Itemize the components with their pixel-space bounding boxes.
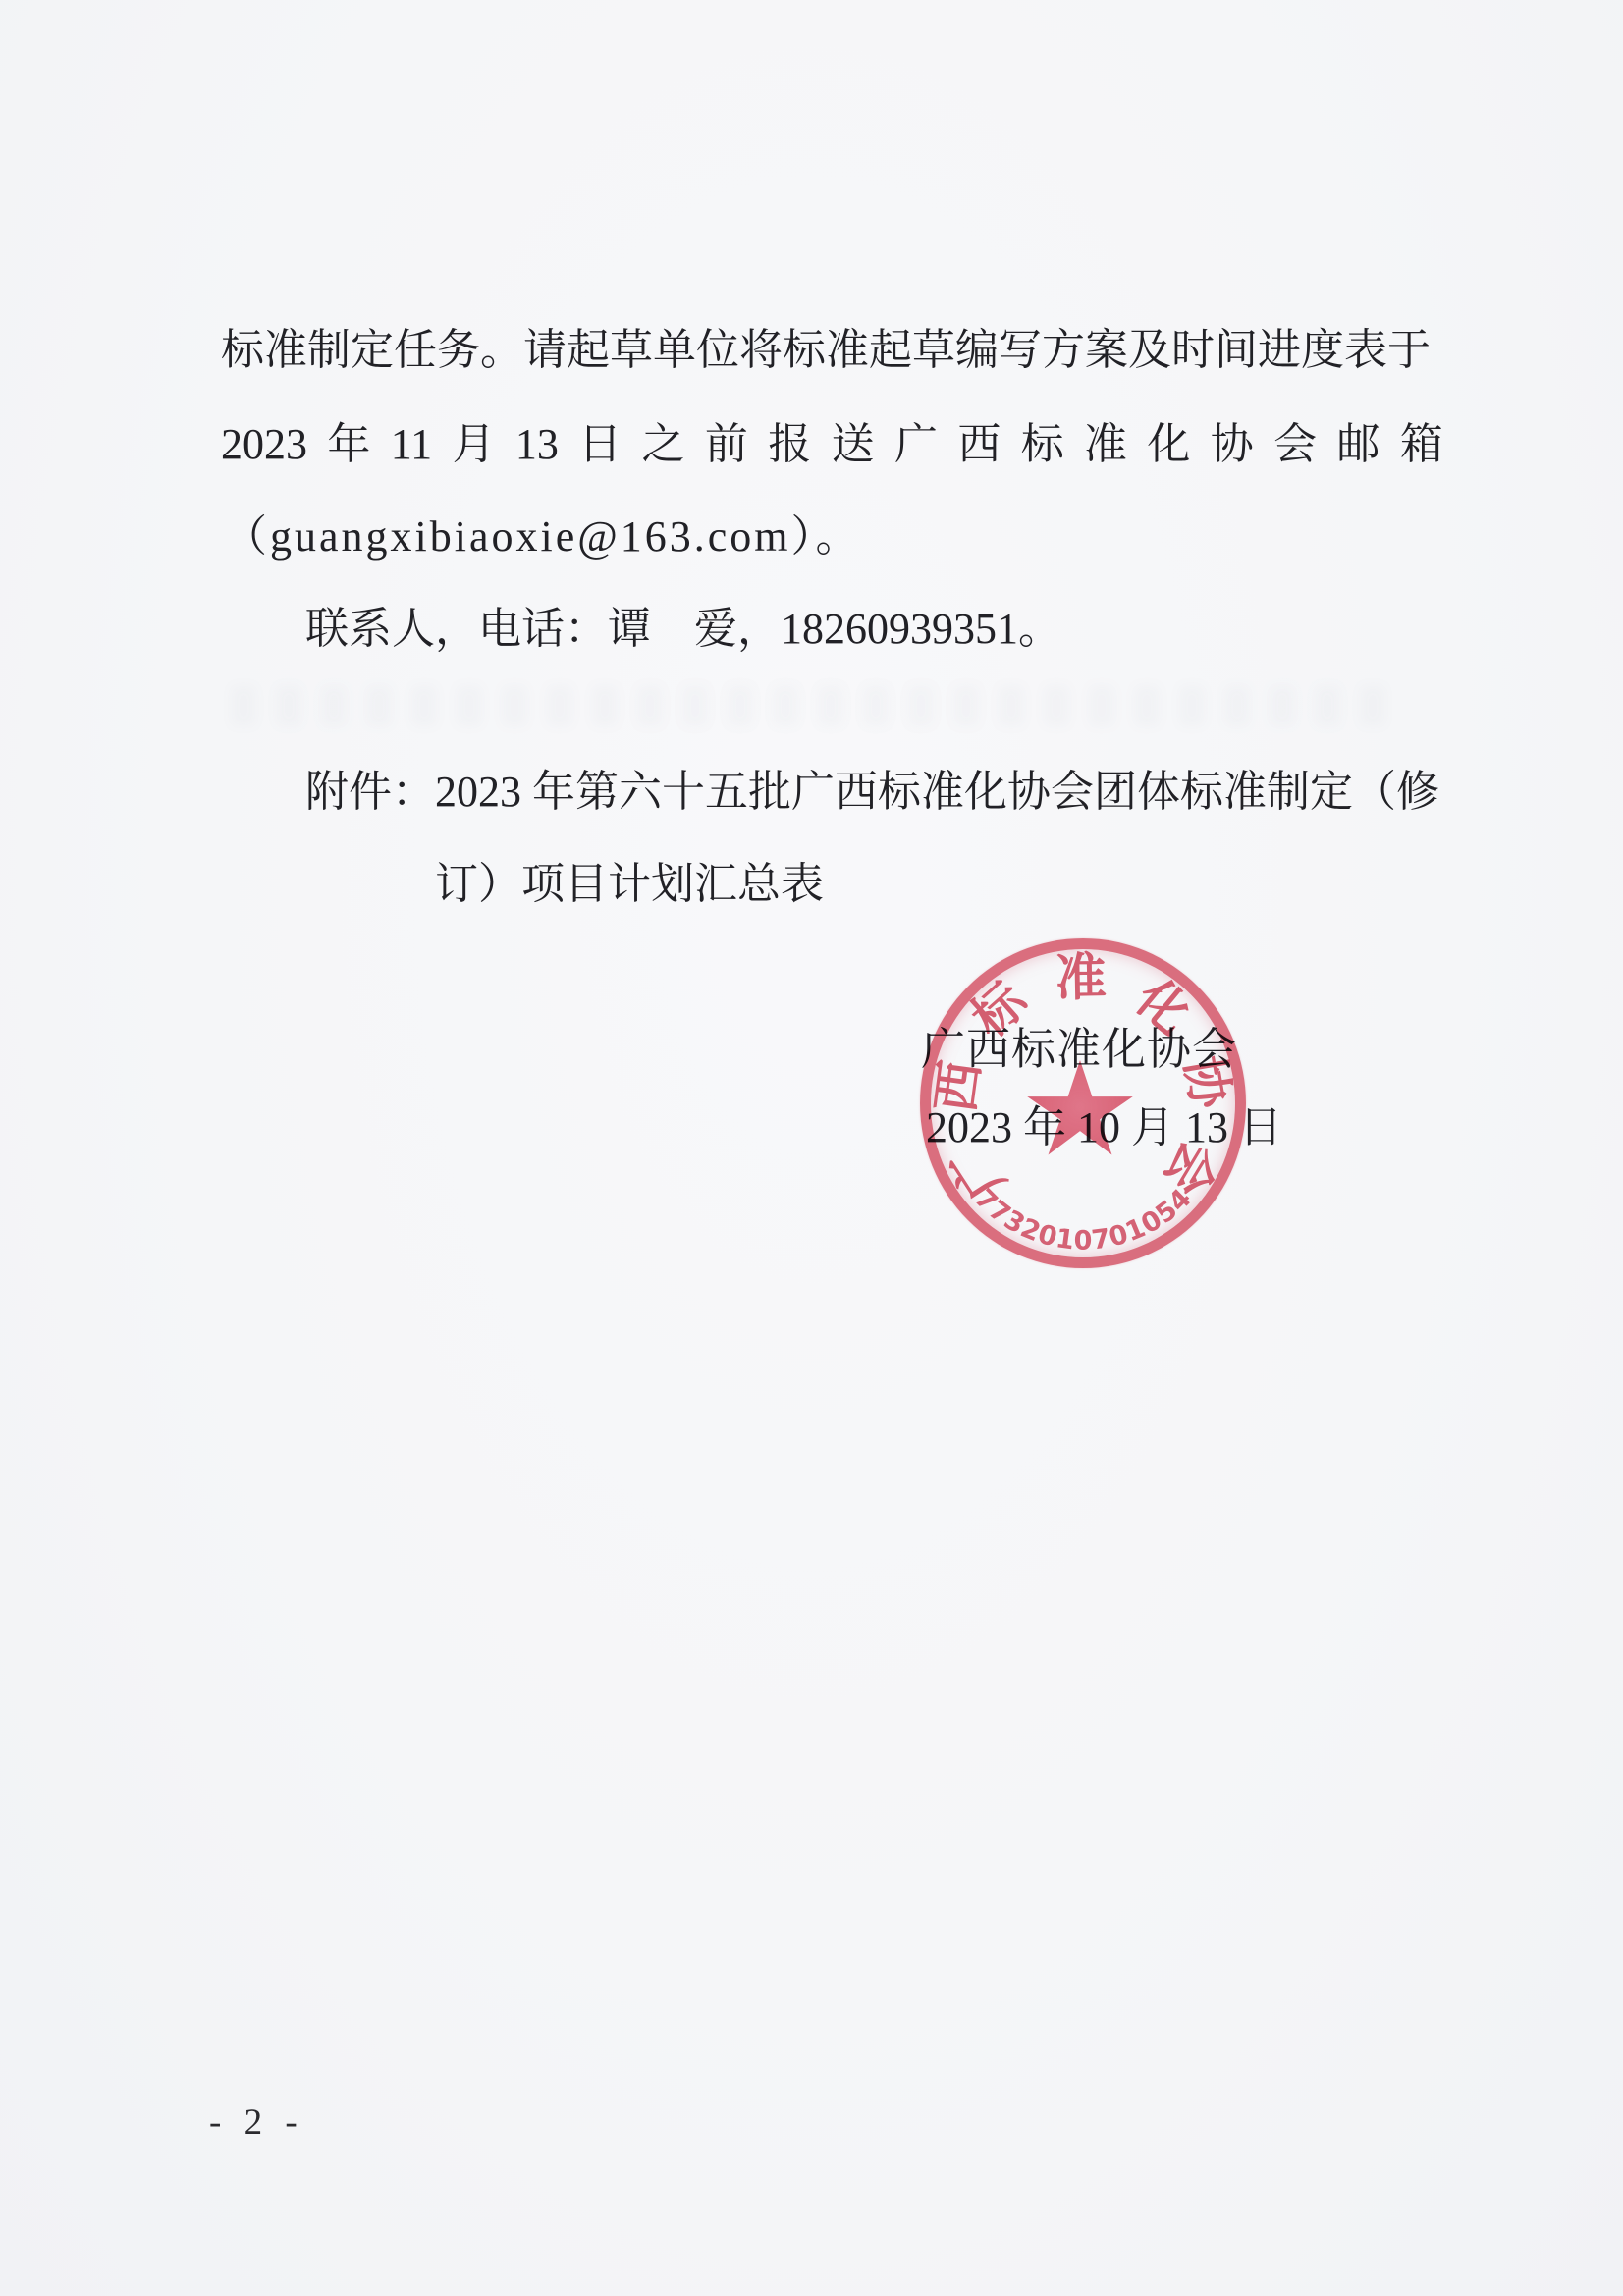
official-seal: 广西标准化协会 4501070102377 (920, 938, 1246, 1268)
seal-serial-number: 4501070102377 (920, 938, 1246, 1268)
attachment-line-2: 订）项目计划汇总表 (435, 860, 824, 910)
contact-line: 联系人，电话：谭 爱，18260939351。 (305, 605, 1061, 655)
attachment-line-1: 附件：2023 年第六十五批广西标准化协会团体标准制定（修 (305, 768, 1439, 818)
document-page: 标准制定任务。请起草单位将标准起草编写方案及时间进度表于 2023年11月13日… (0, 0, 1623, 2296)
page-number: - 2 - (209, 2103, 298, 2145)
paragraph-line-task: 标准制定任务。请起草单位将标准起草编写方案及时间进度表于 (221, 326, 1421, 376)
paragraph-line-deadline: 2023年11月13日之前报送广西标准化协会邮箱 (221, 420, 1443, 470)
scan-ghost-artifact (231, 685, 1389, 726)
paragraph-line-email: （guangxibiaoxie@163.com）。 (224, 512, 862, 562)
